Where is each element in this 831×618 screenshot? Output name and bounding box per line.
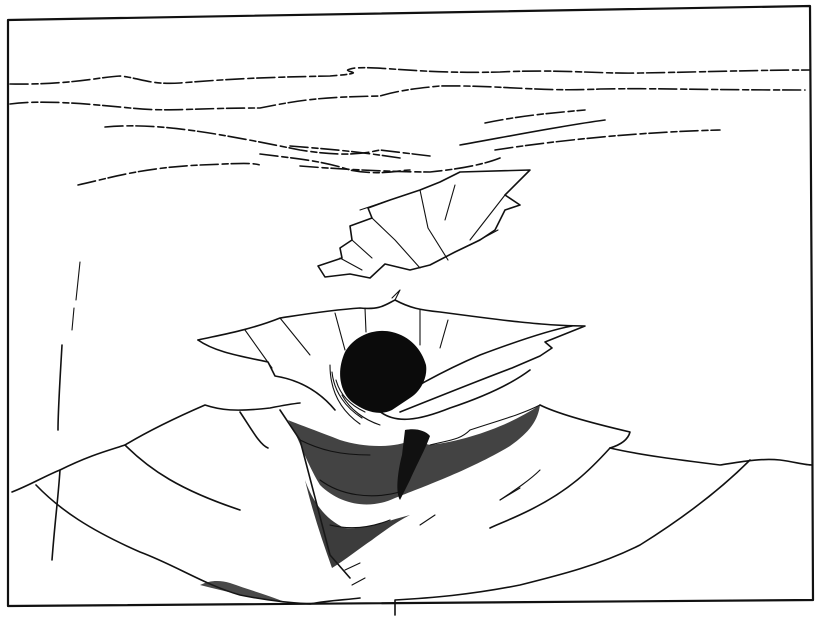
floating-fragment bbox=[318, 170, 530, 278]
dark-hole bbox=[330, 331, 426, 425]
horizon-lines bbox=[10, 68, 810, 185]
crater-pit-shading bbox=[280, 405, 630, 585]
ink-sketch bbox=[0, 0, 831, 618]
